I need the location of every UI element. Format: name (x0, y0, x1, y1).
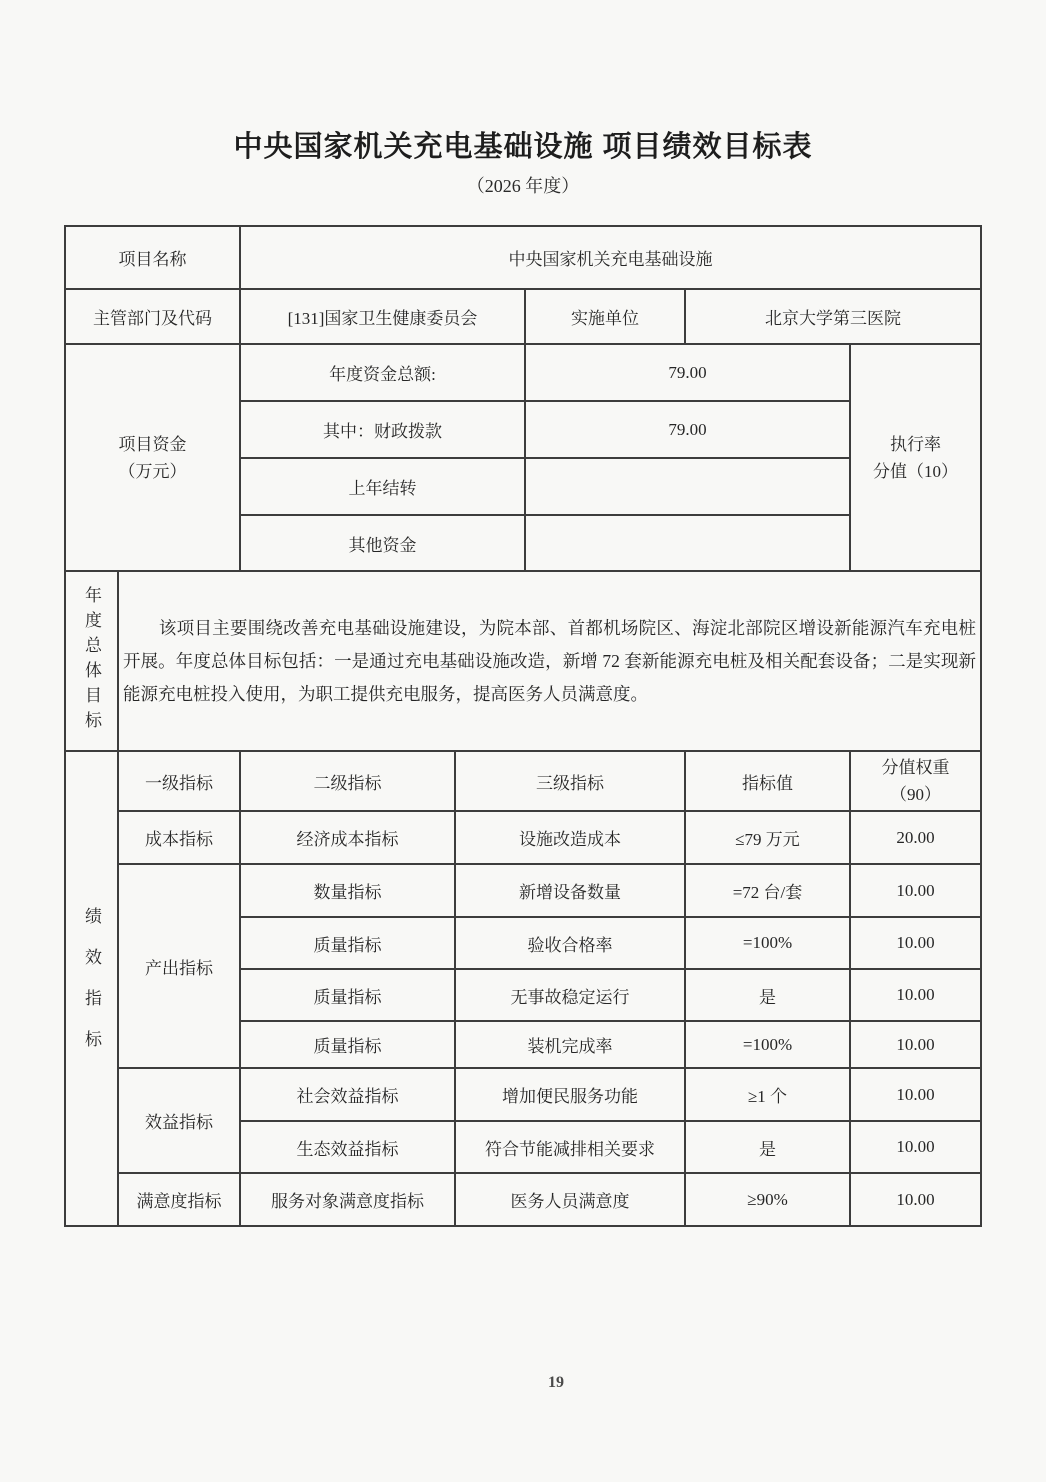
level2-cell: 服务对象满意度指标 (240, 1173, 455, 1226)
weight-cell: 10.00 (850, 1021, 981, 1068)
level3-cell: 设施改造成本 (455, 811, 685, 864)
level3-cell: 装机完成率 (455, 1021, 685, 1068)
implementing-unit-label: 实施单位 (525, 289, 685, 344)
value-cell: =100% (685, 917, 850, 969)
indicator-row: 满意度指标 服务对象满意度指标 医务人员满意度 ≥90% 10.00 (65, 1173, 981, 1226)
indicator-row: 成本指标 经济成本指标 设施改造成本 ≤79 万元 20.00 (65, 811, 981, 864)
header-level3: 三级指标 (455, 751, 685, 811)
weight-cell: 10.00 (850, 917, 981, 969)
department-row: 主管部门及代码 [131]国家卫生健康委员会 实施单位 北京大学第三医院 (65, 289, 981, 344)
annual-goal-side-label-text: 年度总体目标 (79, 586, 104, 736)
value-cell: 是 (685, 1121, 850, 1173)
level3-cell: 新增设备数量 (455, 864, 685, 917)
funding-total-label: 年度资金总额: (240, 344, 525, 401)
indicators-side-label-text: 绩效指标 (79, 907, 104, 1071)
funding-fiscal-label: 其中：财政拨款 (240, 401, 525, 458)
page-subtitle: （2026 年度） (0, 172, 1046, 198)
funding-row-total: 项目资金 （万元） 年度资金总额: 79.00 执行率 分值（10） (65, 344, 981, 401)
value-cell: =72 台/套 (685, 864, 850, 917)
funding-section-label: 项目资金 （万元） (65, 344, 240, 571)
level2-cell: 生态效益指标 (240, 1121, 455, 1173)
department-value: [131]国家卫生健康委员会 (240, 289, 525, 344)
level2-cell: 质量指标 (240, 969, 455, 1021)
header-weight: 分值权重 （90） (850, 751, 981, 811)
annual-goal-cell: 该项目主要围绕改善充电基础设施建设，为院本部、首都机场院区、海淀北部院区增设新能… (118, 571, 981, 751)
funding-other-label: 其他资金 (240, 515, 525, 571)
project-name-value: 中央国家机关充电基础设施 (240, 226, 981, 289)
weight-cell: 10.00 (850, 1173, 981, 1226)
value-cell: =100% (685, 1021, 850, 1068)
header-value: 指标值 (685, 751, 850, 811)
funding-carryover-label: 上年结转 (240, 458, 525, 515)
value-cell: ≥90% (685, 1173, 850, 1226)
level3-cell: 验收合格率 (455, 917, 685, 969)
funding-section-label-line2: （万元） (70, 458, 235, 485)
value-cell: ≤79 万元 (685, 811, 850, 864)
header-weight-line1: 分值权重 (855, 754, 976, 781)
level1-cell: 效益指标 (118, 1068, 240, 1173)
level1-cell: 成本指标 (118, 811, 240, 864)
value-cell: 是 (685, 969, 850, 1021)
page-number: 19 (548, 1374, 564, 1392)
indicator-row: 效益指标 社会效益指标 增加便民服务功能 ≥1 个 10.00 (65, 1068, 981, 1121)
funding-carryover-value (525, 458, 850, 515)
level3-cell: 无事故稳定运行 (455, 969, 685, 1021)
annual-goal-text: 该项目主要围绕改善充电基础设施建设，为院本部、首都机场院区、海淀北部院区增设新能… (123, 612, 976, 711)
execution-rate-line1: 执行率 (855, 431, 976, 458)
department-label: 主管部门及代码 (65, 289, 240, 344)
level2-cell: 社会效益指标 (240, 1068, 455, 1121)
level1-cell: 满意度指标 (118, 1173, 240, 1226)
annual-goal-row: 年度总体目标 该项目主要围绕改善充电基础设施建设，为院本部、首都机场院区、海淀北… (65, 571, 981, 751)
level3-cell: 符合节能减排相关要求 (455, 1121, 685, 1173)
weight-cell: 20.00 (850, 811, 981, 864)
level3-cell: 医务人员满意度 (455, 1173, 685, 1226)
header-weight-line2: （90） (855, 781, 976, 808)
value-cell: ≥1 个 (685, 1068, 850, 1121)
implementing-unit-value: 北京大学第三医院 (685, 289, 981, 344)
weight-cell: 10.00 (850, 1068, 981, 1121)
level2-cell: 质量指标 (240, 917, 455, 969)
level2-cell: 经济成本指标 (240, 811, 455, 864)
level3-cell: 增加便民服务功能 (455, 1068, 685, 1121)
level2-cell: 质量指标 (240, 1021, 455, 1068)
indicators-header-row: 绩效指标 一级指标 二级指标 三级指标 指标值 分值权重 （90） (65, 751, 981, 811)
annual-goal-side-label: 年度总体目标 (65, 571, 118, 751)
page-title: 中央国家机关充电基础设施 项目绩效目标表 (0, 124, 1046, 165)
execution-rate-score-label: 执行率 分值（10） (850, 344, 981, 571)
execution-rate-line2: 分值（10） (855, 458, 976, 485)
weight-cell: 10.00 (850, 969, 981, 1021)
level1-cell: 产出指标 (118, 864, 240, 1068)
funding-total-value: 79.00 (525, 344, 850, 401)
weight-cell: 10.00 (850, 864, 981, 917)
weight-cell: 10.00 (850, 1121, 981, 1173)
performance-target-table: 项目名称 中央国家机关充电基础设施 主管部门及代码 [131]国家卫生健康委员会… (64, 225, 982, 1227)
funding-fiscal-value: 79.00 (525, 401, 850, 458)
funding-section-label-line1: 项目资金 (70, 431, 235, 458)
header-level1: 一级指标 (118, 751, 240, 811)
document-page: 中央国家机关充电基础设施 项目绩效目标表 （2026 年度） 项目名称 中央国家… (0, 0, 1046, 1482)
indicators-side-label: 绩效指标 (65, 751, 118, 1226)
level2-cell: 数量指标 (240, 864, 455, 917)
indicator-row: 产出指标 数量指标 新增设备数量 =72 台/套 10.00 (65, 864, 981, 917)
funding-other-value (525, 515, 850, 571)
header-level2: 二级指标 (240, 751, 455, 811)
project-name-label: 项目名称 (65, 226, 240, 289)
project-name-row: 项目名称 中央国家机关充电基础设施 (65, 226, 981, 289)
